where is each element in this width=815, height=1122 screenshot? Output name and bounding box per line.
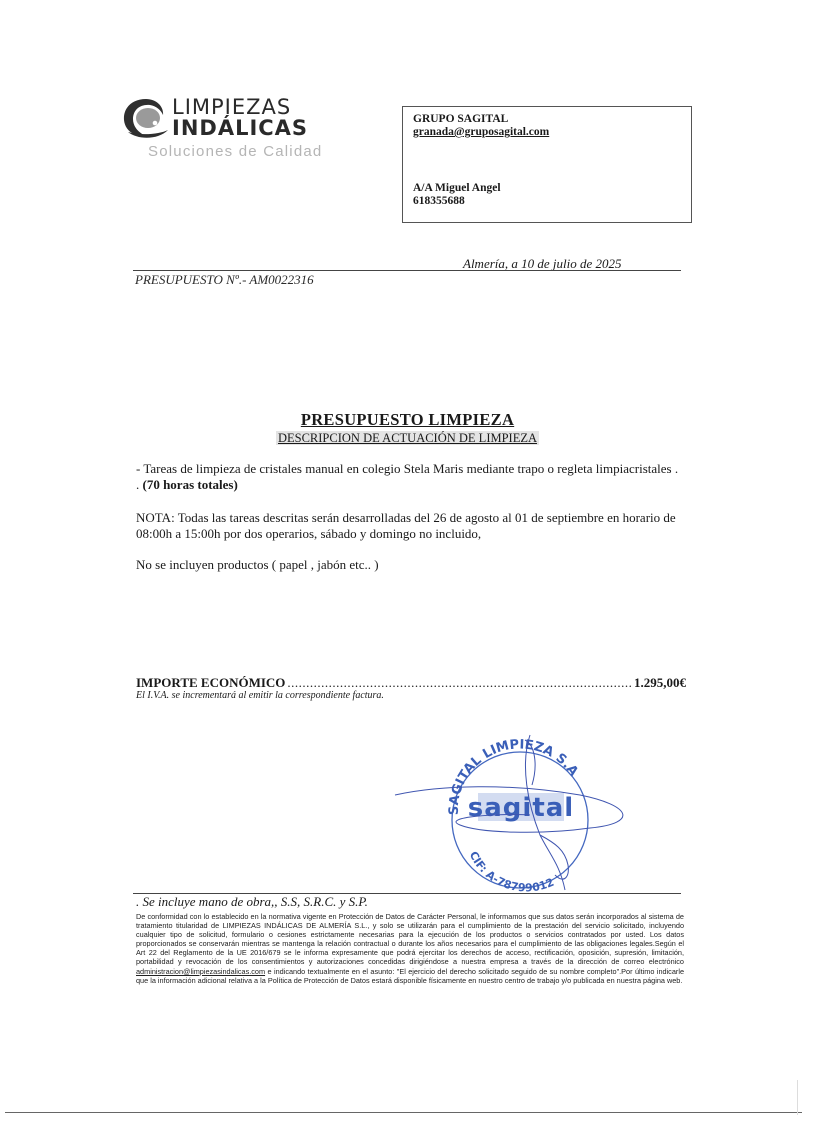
price-label: IMPORTE ECONÓMICO <box>136 675 285 691</box>
stamp-cif-text: CIF: A-78799012 <box>467 849 556 894</box>
vat-note: El I.V.A. se incrementará al emitir la c… <box>136 690 384 701</box>
header-divider <box>133 270 681 271</box>
task-description: - Tareas de limpieza de cristales manual… <box>136 461 684 493</box>
company-name-line2: INDÁLICAS <box>172 117 308 139</box>
company-stamp-signature: SAGITAL LIMPIEZA S.A. CIF: A-78799012 sa… <box>380 725 640 905</box>
legal-email-link[interactable]: administracion@limpiezasindalicas.com <box>136 967 265 976</box>
legal-text-part1: De conformidad con lo establecido en la … <box>136 912 684 966</box>
recipient-email-link[interactable]: granada@gruposagital.com <box>413 126 681 139</box>
document-subtitle: DESCRIPCION DE ACTUACIÓN DE LIMPIEZA <box>276 431 539 445</box>
price-leader-dots: ........................................… <box>287 675 632 691</box>
recipient-phone: 618355688 <box>413 195 681 208</box>
company-tagline: Soluciones de Calidad <box>148 143 322 160</box>
exclusions-note: No se incluyen productos ( papel , jabón… <box>136 557 684 573</box>
price-amount: 1.295,00€ <box>634 675 686 691</box>
task-hours: (70 horas totales) <box>143 477 238 492</box>
recipient-box: GRUPO SAGITAL granada@gruposagital.com A… <box>402 106 692 223</box>
includes-note: . Se incluye mano de obra,, S.S, S.R.C. … <box>136 894 368 910</box>
document-title: PRESUPUESTO LIMPIEZA <box>0 410 815 430</box>
page-bottom-edge <box>5 1112 802 1113</box>
recipient-name: GRUPO SAGITAL <box>413 113 681 126</box>
price-line: IMPORTE ECONÓMICO ......................… <box>136 675 686 691</box>
recipient-contact: A/A Miguel Angel <box>413 182 681 195</box>
schedule-note: NOTA: Todas las tareas descritas serán d… <box>136 510 684 542</box>
stamp-center-text: sagital <box>468 793 574 823</box>
company-logo: LIMPIEZAS INDÁLICAS Soluciones de Calida… <box>118 92 348 167</box>
budget-number: PRESUPUESTO Nº.- AM0022316 <box>135 272 314 288</box>
company-name-line1: LIMPIEZAS <box>172 96 291 118</box>
data-protection-notice: De conformidad con lo establecido en la … <box>136 912 684 985</box>
page-right-edge <box>797 1080 798 1115</box>
limpiezas-indalicas-logo-icon <box>120 96 172 140</box>
document-subtitle-wrap: DESCRIPCION DE ACTUACIÓN DE LIMPIEZA <box>0 429 815 447</box>
